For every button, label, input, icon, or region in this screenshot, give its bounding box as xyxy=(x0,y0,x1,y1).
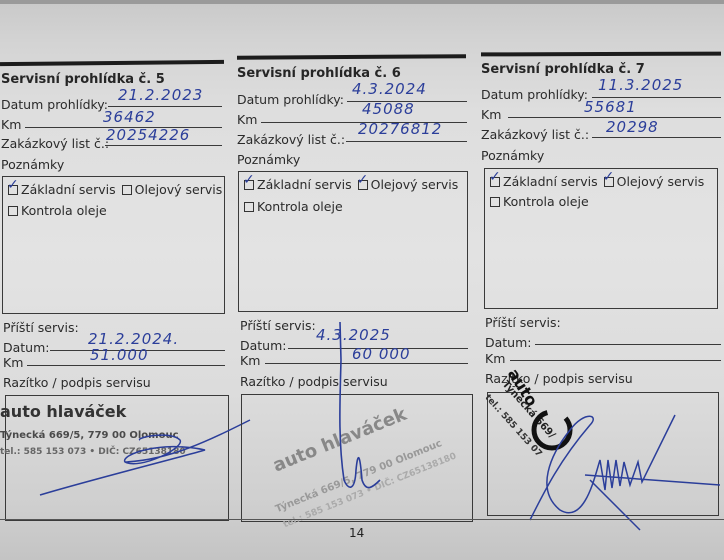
notes-box: Základní servis Olejový servis Kontrola … xyxy=(2,176,225,314)
stamp-box: auto hlaváček Týnecká 669/5, 779 00 Olom… xyxy=(5,395,229,521)
section-top-rule xyxy=(0,60,224,66)
order-value[interactable]: 20298 xyxy=(606,118,659,136)
stamp-box: auto hlaváček Týnecká 669/5, 779 00 Olom… xyxy=(241,394,473,522)
page-number: 14 xyxy=(349,526,364,540)
next-km-value[interactable]: 51.000 xyxy=(90,346,149,364)
next-date-label: Datum: xyxy=(240,338,287,353)
stamp-address: Týnecká 669/5, 779 00 Olomouc xyxy=(0,430,179,441)
km-value[interactable]: 36462 xyxy=(103,108,156,126)
next-date-label: Datum: xyxy=(485,335,532,350)
checkbox-row: Základní servis Olejový servis xyxy=(244,177,458,192)
kontrola-oleje-label: Kontrola oleje xyxy=(503,194,589,209)
next-date-label: Datum: xyxy=(3,340,50,355)
order-value[interactable]: 20276812 xyxy=(358,120,442,138)
next-service-label: Příští servis: xyxy=(3,320,79,335)
next-km-line xyxy=(510,360,721,361)
checkbox-row: Základní servis Olejový servis xyxy=(8,182,222,197)
notes-label: Poznámky xyxy=(237,152,300,167)
checkbox-row: Kontrola oleje xyxy=(244,199,343,214)
section-top-rule xyxy=(481,52,721,57)
next-km-label: Km xyxy=(3,355,23,370)
checkbox-olejovy-servis[interactable] xyxy=(358,180,368,190)
date-value[interactable]: 4.3.2024 xyxy=(352,80,427,98)
stamp-box: auto Týnecká 669/ tel.: 585 153 07 xyxy=(487,392,719,516)
km-label: Km xyxy=(1,117,21,132)
section-top-rule xyxy=(237,54,466,60)
stamp-contact: tel.: 585 153 073 • DIČ: CZ65138180 xyxy=(0,447,186,457)
inspection-title: Servisní prohlídka č. 5 xyxy=(1,72,165,87)
kontrola-oleje-label: Kontrola oleje xyxy=(21,203,107,218)
checkbox-zakladni-servis[interactable] xyxy=(490,177,500,187)
notes-box: Základní servis Olejový servis Kontrola … xyxy=(484,168,718,309)
checkbox-olejovy-servis[interactable] xyxy=(604,177,614,187)
order-line xyxy=(346,141,467,142)
date-value[interactable]: 11.3.2025 xyxy=(598,76,683,94)
checkbox-kontrola-oleje[interactable] xyxy=(244,202,254,212)
notes-label: Poznámky xyxy=(1,157,64,172)
next-km-line xyxy=(27,365,225,366)
order-label: Zakázkový list č.: xyxy=(1,136,109,151)
km-value[interactable]: 55681 xyxy=(584,98,637,116)
photo-top-edge xyxy=(0,0,724,4)
checkbox-zakladni-servis[interactable] xyxy=(8,185,18,195)
stamp-label: Razítko / podpis servisu xyxy=(3,375,151,390)
checkbox-row: Kontrola oleje xyxy=(8,203,107,218)
order-label: Zakázkový list č.: xyxy=(481,127,589,142)
checkbox-row: Základní servis Olejový servis xyxy=(490,174,704,189)
notes-label: Poznámky xyxy=(481,148,544,163)
notes-box: Základní servis Olejový servis Kontrola … xyxy=(238,171,468,312)
date-value[interactable]: 21.2.2023 xyxy=(118,86,203,104)
km-label: Km xyxy=(481,107,501,122)
zakladni-servis-label: Základní servis xyxy=(503,174,598,189)
stamp-brand: auto hlaváček xyxy=(0,402,126,421)
date-line xyxy=(108,106,222,107)
kontrola-oleje-label: Kontrola oleje xyxy=(257,199,343,214)
checkbox-kontrola-oleje[interactable] xyxy=(8,206,18,216)
next-km-value[interactable]: 60 000 xyxy=(352,345,411,363)
checkbox-olejovy-servis[interactable] xyxy=(122,185,132,195)
inspection-title: Servisní prohlídka č. 6 xyxy=(237,66,401,81)
olejovy-servis-label: Olejový servis xyxy=(135,182,223,197)
inspection-title: Servisní prohlídka č. 7 xyxy=(481,62,645,77)
order-line xyxy=(592,137,721,138)
date-label: Datum prohlídky: xyxy=(481,87,588,102)
next-service-label: Příští servis: xyxy=(240,318,316,333)
next-date-line xyxy=(535,344,721,345)
next-km-line xyxy=(265,363,468,364)
km-value[interactable]: 45088 xyxy=(362,100,415,118)
footer-rule xyxy=(0,519,724,520)
order-line xyxy=(105,145,222,146)
date-label: Datum prohlídky: xyxy=(237,92,344,107)
order-value[interactable]: 20254226 xyxy=(106,126,190,144)
zakladni-servis-label: Základní servis xyxy=(21,182,116,197)
zakladni-servis-label: Základní servis xyxy=(257,177,352,192)
next-km-label: Km xyxy=(485,351,505,366)
olejovy-servis-label: Olejový servis xyxy=(617,174,705,189)
stamp-label: Razítko / podpis servisu xyxy=(240,374,388,389)
next-km-label: Km xyxy=(240,353,260,368)
checkbox-row: Kontrola oleje xyxy=(490,194,589,209)
km-label: Km xyxy=(237,112,257,127)
date-label: Datum prohlídky: xyxy=(1,97,108,112)
next-date-value[interactable]: 4.3.2025 xyxy=(316,326,391,344)
olejovy-servis-label: Olejový servis xyxy=(371,177,459,192)
order-label: Zakázkový list č.: xyxy=(237,132,345,147)
checkbox-zakladni-servis[interactable] xyxy=(244,180,254,190)
checkbox-kontrola-oleje[interactable] xyxy=(490,197,500,207)
next-service-label: Příští servis: xyxy=(485,315,561,330)
